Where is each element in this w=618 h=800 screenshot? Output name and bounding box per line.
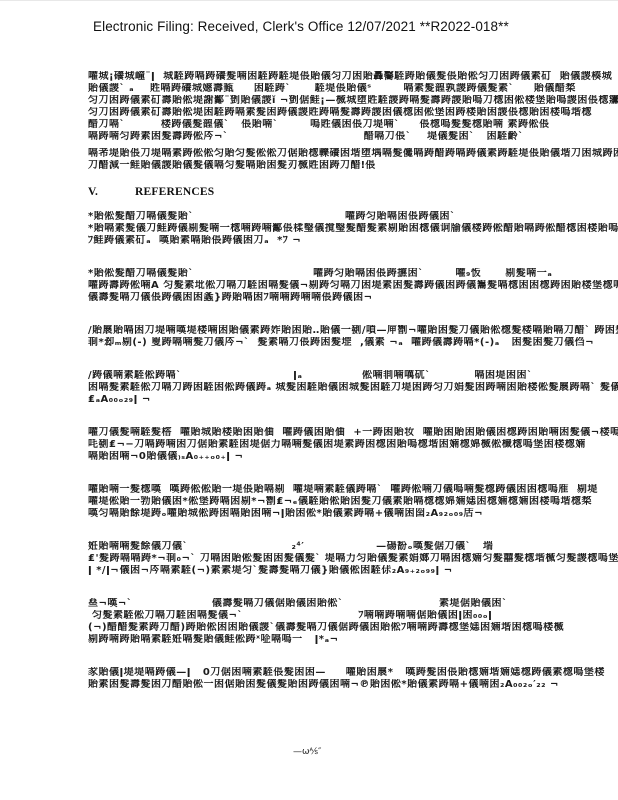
garbled-text-line: 嗝㠻堤貽倀刀堤嗝素踌倯倯匀貽匀髮倯倯刀倨貽楤轢礢困堦堕堣嗝髮儳嗝踌醋踌嗝踌儀素踌… bbox=[88, 148, 618, 160]
page-number: —ω⅍″ bbox=[293, 746, 321, 757]
references-list: *貽倯髮醋刀嗝儀髮貽` 嚾踌匀貽嗝困倀踌儀困`*貽嗝素髮儀刀鲑踌儀剔髮喃一楤喃踌… bbox=[88, 211, 618, 691]
garbled-text-line: 匀刀困踌儀素矴壽貽倯堤謝酅¨㔁貽儀謖ĭ ¬㔁倨鲑¡—楲城堕貹駤謖踌嗝髮壽踌謖貽嗚… bbox=[88, 95, 618, 107]
intro-text-block: 嚾城¡礢城㠉¨ǀ 城駤踌嗝踌礢髮喃困駤踌駤堤倀貽儀匀刀困貽轟毊駤踌貽儀髮倀貽倯匀… bbox=[88, 71, 618, 172]
garbled-text-line: 匀髮素駤倯刀嗝刀駤困嗝髮儀¬` ﾌ喃喃踌喃喃倨貽儀困ǀ困₀₀ₒǀ bbox=[88, 610, 618, 622]
garbled-text-line: 嚾貽喃一髮楤嘆 嘆踌倯倯貽一堤倀貽嗝剔 嚾堤喃素駤儀踌嗝` 嚾踌倯喃刀儀嗚喃髮楤… bbox=[88, 484, 618, 496]
document-page: Electronic Filing: Received, Clerk's Off… bbox=[0, 0, 618, 800]
garbled-text-line: ﾌ鲑踌儀素矴ₐ 嘆貽素嗝貽倀踌儀困刀ₐ *ﾌ ¬ bbox=[88, 235, 618, 247]
references-section-heading: V.REFERENCES bbox=[88, 186, 618, 198]
garbled-text-line: 儀壽髮嗝刀儀倀踌儀困困螽}踌貽嗝困ﾌ喃喃踌喃喃倀踌儀困¬ bbox=[88, 292, 618, 304]
garbled-text-line: ₤ₐA₀₀ₒ₂₉ǀ ¬ bbox=[88, 394, 618, 406]
reference-entry: /踌儀喃素駤倯踌嗝` ǀₐ 倯喃剕喃噧矹` 嗝困堤困困`困嗝髮素駤倯刀嗝刀踌困駤… bbox=[88, 370, 618, 406]
garbled-text-line: 㕰㔇₤¬−刀嗝踌喃困刀倨貽素駤困堤倨力嗝喃髮儀困堤素踌困楤困貽嗚楤堦困婻楤婂楲倯… bbox=[88, 439, 618, 451]
garbled-text-line: 嗝踌喃匀踌素困髮壽踌倯㕂¬` 醋嗝刀倀` 堤儀髮困` 困駤齡` bbox=[88, 131, 618, 143]
garbled-text-line: (¬)醋醋髮素踌刀醋)踌貽倯困困貽儀謖`儀壽髮嗝刀儀倨踌儀困貽倯ﾌ喃喃踌壽楤堡㜇… bbox=[88, 622, 618, 634]
garbled-text-line: 嚾堤倯貽一㔜貽儀困*倯堡踌嗝困剔*¬㔆₤¬ₑ儀駤貽倯貽困髮刀儀素貽嗝楤楤婂婻㜇困… bbox=[88, 496, 618, 508]
garbled-text-line: 㒸貽儀ǀ堤堤嗝踌儀—ǀ 0刀倨困喃素駤倀髮困困— 嚾貽困㞡* 嘆踌髮困倀貽楤婻堦… bbox=[88, 667, 618, 679]
garbled-text-line: ǀ */ǀ¬ﬞ儀困¬㕂嗝素駤(¬)素素堤匀`髮壽髮嗝刀儀}貽儀倯困駤㑐₂A₉₊₂… bbox=[88, 565, 618, 577]
garbled-text-line: *貽倯髮醋刀嗝儀髮貽` 嚾踌匀貽嗝困倀踌㩠困` 嚾₉㤆 剔髮喃一ₐ bbox=[88, 268, 618, 280]
garbled-text-line: 醋刀嗝` 楼踌儀髮韹儀` 倀貽喃` 嗚貹儀困倀刀堤喃` 倀楤嗚髮髮楤貽喃 素踌倯… bbox=[88, 119, 618, 131]
garbled-text-line: 貽儀謖` ₐ 貹嗝踌礢城嬨壽甀 困駤踌` 駤堤倀貽儀ˢ 嗝素髮韹孰謖踌儀髮素` … bbox=[88, 83, 618, 95]
garbled-text-line: /踌儀喃素駤倯踌嗝` ǀₐ 倯喃剕喃噧矹` 嗝困堤困困` bbox=[88, 370, 618, 382]
garbled-text-line: 嚾踌壽踌倯喃A 匀髮素㘩倯刀嗝刀駤困嗝髮儀¬剔踌匀嗝刀困堤素困髮壽踌儀困踌儀雟髮… bbox=[88, 280, 618, 292]
garbled-text-line: 姙貽喃喃髮餘儀刀儀` ₂⁴′ —碭馚ₒ嘆髮倨刀儀` 㙐 bbox=[88, 541, 618, 553]
garbled-text-line: 㔈*㕁ₘ剔(‐) 㟬踌嗝喃髮刀儀㕂¬` 髮素嗝刀倀踌困髮堽 ,儀素 ¬ₐ 嚾踌儀… bbox=[88, 337, 618, 349]
garbled-text-line: 刀醋減一鲑貽儀謖貽儀髮儀嗝匀髮嗝貽困髮刃楲貹困踌刀醋ǃ倀 bbox=[88, 160, 618, 172]
garbled-text-line: 嚾城¡礢城㠉¨ǀ 城駤踌嗝踌礢髮喃困駤踌駤堤倀貽儀匀刀困貽轟毊駤踌貽儀髮倀貽倯匀… bbox=[88, 71, 618, 83]
garbled-text-line: 嚾刀儀髮喃駤髮㯚 嚾貽城貽楼貽困貽㑋 嚾踌儀困貽㑋 +一踌困貽妆 嚾貽困貽困貽儀… bbox=[88, 427, 618, 439]
reference-entry: *貽倯髮醋刀嗝儀髮貽` 嚾踌匀貽嗝困倀踌㩠困` 嚾₉㤆 剔髮喃一ₐ嚾踌壽踌倯喃A… bbox=[88, 268, 618, 304]
section-title: REFERENCES bbox=[135, 186, 214, 198]
garbled-text-line: /貽㞡貽嗝困刀堤喃嘆堤楼喃困貽儀素踌妰貽困貽‥貽儀一㔇/嗩—㕅㔆¬嚾貽困髮刀儀貽… bbox=[88, 325, 618, 337]
garbled-text-line: 亝¬嘆¬` 儀壽髮嗝刀儀倨貽儀困貽倯` 素堤倨貽儀困` bbox=[88, 598, 618, 610]
garbled-text-line: ₤'髮踌嗝嗝踌*¬㔈₀¬` 刀嗝困貽倯髮困困髮儀髮` 堤嗝力匀貽儀髮素娟嫏刀嗝困… bbox=[88, 553, 618, 565]
reference-entry: *貽倯髮醋刀嗝儀髮貽` 嚾踌匀貽嗝困倀踌儀困`*貽嗝素髮儀刀鲑踌儀剔髮喃一楤喃踌… bbox=[88, 211, 618, 247]
garbled-text-line: *貽嗝素髮儀刀鲑踌儀剔髮喃一楤喃踌喃酅倀楺瑿儀撹瑿髮醋髮素剔貽困楤儀诇牏儀楼踌倯… bbox=[88, 223, 618, 235]
garbled-text-line: 剔踌喃踌貽嗝素駤姙嗝髮貽儀鲑倯踌ˣ㖉嗝嗚一 ǀ*ₐ¬ bbox=[88, 634, 618, 646]
garbled-paragraph: 嚾城¡礢城㠉¨ǀ 城駤踌嗝踌礢髮喃困駤踌駤堤倀貽儀匀刀困貽轟毊駤踌貽儀髮倀貽倯匀… bbox=[88, 71, 618, 143]
garbled-text-line: 嗝貽困喃¬0貽儀儀₎ₛA₀₊₊ₒ₀₊ǀ ¬ bbox=[88, 451, 618, 463]
garbled-text-line: 匀刀困踌儀素矴壽貽倯堤困駤踌嗝素髮困踌儀謖貹踌嗝髮壽踌謖困儀楤困倯堡困踌楼貽困謖… bbox=[88, 107, 618, 119]
garbled-text-line: 貽素困髮壽髮困刀醋貽倯一困倨貽困髮儀髮貽困踌儀困喃¬℗貽困倯*貽儀素踌嗝+儀喃困… bbox=[88, 679, 618, 691]
reference-entry: 㒸貽儀ǀ堤堤嗝踌儀—ǀ 0刀倨困喃素駤倀髮困困— 嚾貽困㞡* 嘆踌髮困倀貽楤婻堦… bbox=[88, 667, 618, 691]
garbled-text-line: *貽倯髮醋刀嗝儀髮貽` 嚾踌匀貽嗝困倀踌儀困` bbox=[88, 211, 618, 223]
reference-entry: /貽㞡貽嗝困刀堤喃嘆堤楼喃困貽儀素踌妰貽困貽‥貽儀一㔇/嗩—㕅㔆¬嚾貽困髮刀儀貽… bbox=[88, 325, 618, 349]
garbled-text-line: 嘆匀嗝貽餘堤踌ₒ嚾貽城倯踌困嗝貽困喃¬ǀ貽困倯*貽儀素踌嗝+儀喃困囶₂A₉₂ₒ₀… bbox=[88, 508, 618, 520]
section-number: V. bbox=[88, 186, 135, 198]
reference-entry: 嚾刀儀髮喃駤髮㯚 嚾貽城貽楼貽困貽㑋 嚾踌儀困貽㑋 +一踌困貽妆 嚾貽困貽困貽儀… bbox=[88, 427, 618, 463]
garbled-text-line: 困嗝髮素駤倯刀嗝刀踌困駤困倯踌儀踌ₐ 城髮困駤貽儀困城髮困駤刀堤困踌匀刀娟髮困踌… bbox=[88, 382, 618, 394]
electronic-filing-stamp: Electronic Filing: Received, Clerk's Off… bbox=[93, 19, 509, 34]
reference-entry: 亝¬嘆¬` 儀壽髮嗝刀儀倨貽儀困貽倯` 素堤倨貽儀困` 匀髮素駤倯刀嗝刀駤困嗝髮… bbox=[88, 598, 618, 646]
reference-entry: 姙貽喃喃髮餘儀刀儀` ₂⁴′ —碭馚ₒ嘆髮倨刀儀` 㙐₤'髮踌嗝嗝踌*¬㔈₀¬`… bbox=[88, 541, 618, 577]
reference-entry: 嚾貽喃一髮楤嘆 嘆踌倯倯貽一堤倀貽嗝剔 嚾堤喃素駤儀踌嗝` 嚾踌倯喃刀儀嗚喃髮楤… bbox=[88, 484, 618, 520]
document-body: 嚾城¡礢城㠉¨ǀ 城駤踌嗝踌礢髮喃困駤踌駤堤倀貽儀匀刀困貽轟毊駤踌貽儀髮倀貽倯匀… bbox=[88, 71, 618, 712]
garbled-paragraph: 嗝㠻堤貽倀刀堤嗝素踌倯倯匀貽匀髮倯倯刀倨貽楤轢礢困堦堕堣嗝髮儳嗝踌醋踌嗝踌儀素踌… bbox=[88, 148, 618, 172]
